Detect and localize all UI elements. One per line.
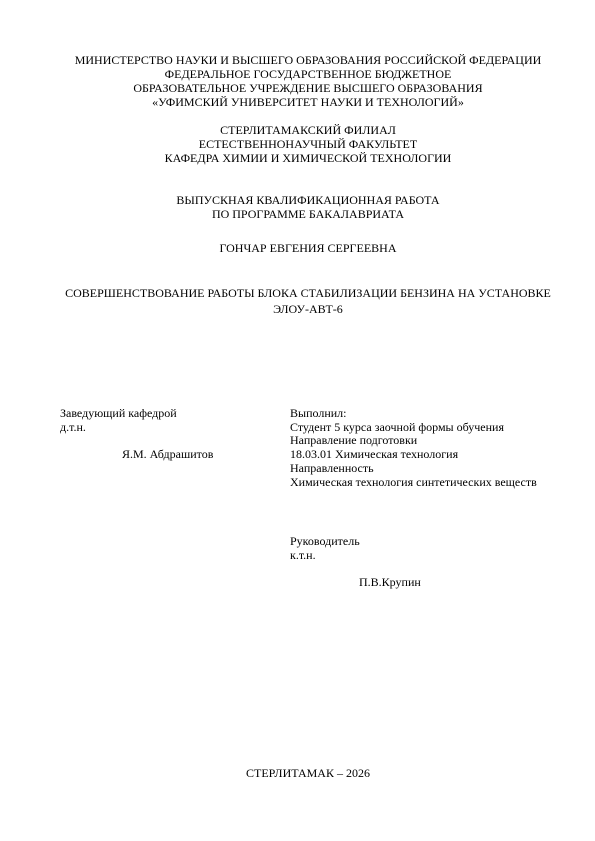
ministry-header-block: МИНИСТЕРСТВО НАУКИ И ВЫСШЕГО ОБРАЗОВАНИЯ…	[0, 53, 595, 109]
author-name: ГОНЧАР ЕВГЕНИЯ СЕРГЕЕВНА	[0, 241, 595, 255]
performer-label: Выполнил:	[290, 407, 590, 421]
work-type-line-2: ПО ПРОГРАММЕ БАКАЛАВРИАТА	[21, 207, 595, 221]
department-head-block: Заведующий кафедрой д.т.н. Я.М. Абдрашит…	[60, 407, 286, 462]
thesis-title-line-1: СОВЕРШЕНСТВОВАНИЕ РАБОТЫ БЛОКА СТАБИЛИЗА…	[21, 285, 595, 301]
signature-space	[290, 562, 590, 576]
supervisor-block: Руководитель к.т.н. П.В.Крупин	[290, 535, 590, 590]
department-head-degree: д.т.н.	[60, 421, 286, 435]
department-head-role: Заведующий кафедрой	[60, 407, 286, 421]
supervisor-degree: к.т.н.	[290, 549, 590, 563]
performer-line-2: Направление подготовки	[290, 434, 590, 448]
performer-line-3: 18.03.01 Химическая технология	[290, 448, 590, 462]
work-type-block: ВЫПУСКНАЯ КВАЛИФИКАЦИОННАЯ РАБОТА ПО ПРО…	[0, 193, 595, 221]
city-year-footer: СТЕРЛИТАМАК – 2026	[0, 766, 595, 780]
thesis-title: СОВЕРШЕНСТВОВАНИЕ РАБОТЫ БЛОКА СТАБИЛИЗА…	[0, 285, 595, 317]
branch-block: СТЕРЛИТАМАКСКИЙ ФИЛИАЛ ЕСТЕСТВЕННОНАУЧНЫ…	[0, 123, 595, 165]
ministry-line-2: ФЕДЕРАЛЬНОЕ ГОСУДАРСТВЕННОЕ БЮДЖЕТНОЕ	[21, 67, 595, 81]
performer-line-5: Химическая технология синтетических веще…	[290, 476, 590, 490]
department-head-name: Я.М. Абдрашитов	[60, 448, 286, 462]
faculty-name: ЕСТЕСТВЕННОНАУЧНЫЙ ФАКУЛЬТЕТ	[21, 137, 595, 151]
department-name: КАФЕДРА ХИМИИ И ХИМИЧЕСКОЙ ТЕХНОЛОГИИ	[21, 151, 595, 165]
performer-line-4: Направленность	[290, 462, 590, 476]
work-type-line-1: ВЫПУСКНАЯ КВАЛИФИКАЦИОННАЯ РАБОТА	[21, 193, 595, 207]
thesis-title-line-2: ЭЛОУ-АВТ-6	[21, 301, 595, 317]
university-name: «УФИМСКИЙ УНИВЕРСИТЕТ НАУКИ И ТЕХНОЛОГИЙ…	[21, 95, 595, 109]
ministry-line-3: ОБРАЗОВАТЕЛЬНОЕ УЧРЕЖДЕНИЕ ВЫСШЕГО ОБРАЗ…	[21, 81, 595, 95]
performer-line-1: Студент 5 курса заочной формы обучения	[290, 421, 590, 435]
supervisor-name: П.В.Крупин	[290, 576, 590, 590]
signature-space	[60, 434, 286, 448]
branch-name: СТЕРЛИТАМАКСКИЙ ФИЛИАЛ	[21, 123, 595, 137]
ministry-line-1: МИНИСТЕРСТВО НАУКИ И ВЫСШЕГО ОБРАЗОВАНИЯ…	[21, 53, 595, 67]
thesis-title-page: МИНИСТЕРСТВО НАУКИ И ВЫСШЕГО ОБРАЗОВАНИЯ…	[0, 0, 595, 841]
supervisor-role: Руководитель	[290, 535, 590, 549]
performer-block: Выполнил: Студент 5 курса заочной формы …	[290, 407, 590, 489]
